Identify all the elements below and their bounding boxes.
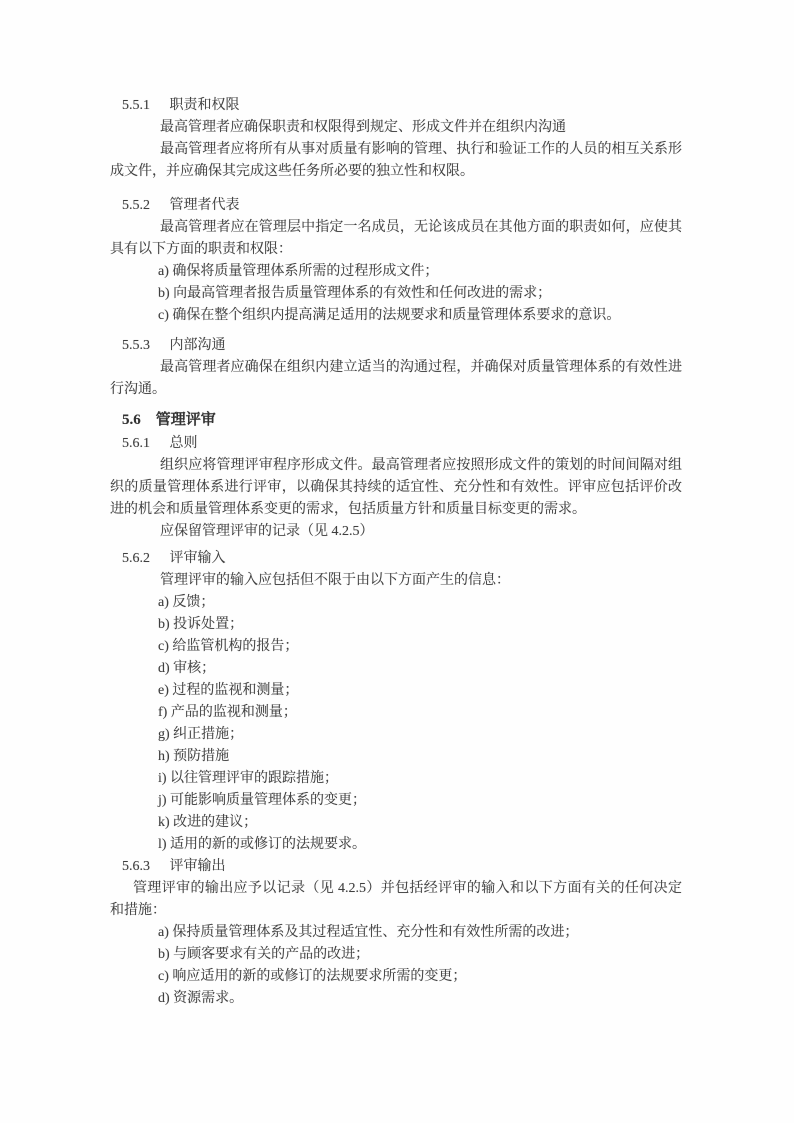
paragraph: 管理评审的输入应包括但不限于由以下方面产生的信息：: [110, 570, 682, 592]
section-title: 评审输入: [170, 551, 226, 566]
list-item: g) 纠正措施；: [158, 724, 682, 746]
list-item: f) 产品的监视和测量；: [158, 702, 682, 724]
list-item: b) 向最高管理者报告质量管理体系的有效性和任何改进的需求；: [158, 283, 682, 305]
section-title: 评审输出: [170, 859, 226, 874]
section-heading: 5.6.2 评审输入: [110, 548, 682, 570]
list-item: d) 审核；: [158, 658, 682, 680]
list-item: a) 确保将质量管理体系所需的过程形成文件；: [158, 261, 682, 283]
list-item: a) 反馈；: [158, 592, 682, 614]
paragraph: 最高管理者应将所有从事对质量有影响的管理、执行和验证工作的人员的相互关系形成文件…: [110, 139, 682, 183]
list-item: c) 确保在整个组织内提高满足适用的法规要求和质量管理体系要求的意识。: [158, 305, 682, 327]
list-item: b) 投诉处置；: [158, 614, 682, 636]
list-item: c) 给监管机构的报告；: [158, 636, 682, 658]
section-5-6: 5.6 管理评审: [110, 409, 682, 431]
paragraph: 应保留管理评审的记录（见 4.2.5）: [110, 521, 682, 543]
paragraph: 最高管理者应在管理层中指定一名成员，无论该成员在其他方面的职责如何，应使其具有以…: [110, 217, 682, 261]
section-title: 职责和权限: [170, 98, 240, 113]
paragraph: 最高管理者应确保在组织内建立适当的沟通过程，并确保对质量管理体系的有效性进行沟通…: [110, 357, 682, 401]
section-number: 5.5.2: [122, 195, 166, 217]
section-5-5-1: 5.5.1 职责和权限 最高管理者应确保职责和权限得到规定、形成文件并在组织内沟…: [110, 95, 682, 183]
section-number: 5.5.1: [122, 95, 166, 117]
document-page: 5.5.1 职责和权限 最高管理者应确保职责和权限得到规定、形成文件并在组织内沟…: [0, 0, 794, 1123]
section-number: 5.6.3: [122, 856, 166, 878]
section-number: 5.6.1: [122, 433, 166, 455]
list-item: a) 保持质量管理体系及其过程适宜性、充分性和有效性所需的改进；: [158, 922, 682, 944]
section-5-6-2: 5.6.2 评审输入 管理评审的输入应包括但不限于由以下方面产生的信息： a) …: [110, 548, 682, 856]
paragraph: 管理评审的输出应予以记录（见 4.2.5）并包括经评审的输入和以下方面有关的任何…: [110, 878, 682, 922]
paragraph: 组织应将管理评审程序形成文件。最高管理者应按照形成文件的策划的时间间隔对组织的质…: [110, 455, 682, 521]
section-heading: 5.6.1 总则: [110, 433, 682, 455]
section-5-5-3: 5.5.3 内部沟通 最高管理者应确保在组织内建立适当的沟通过程，并确保对质量管…: [110, 335, 682, 401]
section-title: 内部沟通: [170, 338, 226, 353]
section-heading-bold: 5.6 管理评审: [110, 409, 682, 431]
section-5-6-1: 5.6.1 总则 组织应将管理评审程序形成文件。最高管理者应按照形成文件的策划的…: [110, 433, 682, 543]
list-item: l) 适用的新的或修订的法规要求。: [158, 834, 682, 856]
document-content: 5.5.1 职责和权限 最高管理者应确保职责和权限得到规定、形成文件并在组织内沟…: [110, 95, 682, 1010]
list-item: j) 可能影响质量管理体系的变更；: [158, 790, 682, 812]
section-5-5-2: 5.5.2 管理者代表 最高管理者应在管理层中指定一名成员，无论该成员在其他方面…: [110, 195, 682, 327]
paragraph: 最高管理者应确保职责和权限得到规定、形成文件并在组织内沟通: [110, 117, 682, 139]
list-item: e) 过程的监视和测量；: [158, 680, 682, 702]
list-item: b) 与顾客要求有关的产品的改进；: [158, 944, 682, 966]
section-heading: 5.5.1 职责和权限: [110, 95, 682, 117]
list-item: c) 响应适用的新的或修订的法规要求所需的变更；: [158, 966, 682, 988]
section-title: 管理者代表: [170, 198, 240, 213]
section-5-6-3: 5.6.3 评审输出 管理评审的输出应予以记录（见 4.2.5）并包括经评审的输…: [110, 856, 682, 1010]
section-title: 管理评审: [156, 412, 216, 428]
section-heading: 5.5.3 内部沟通: [110, 335, 682, 357]
section-title: 总则: [170, 436, 198, 451]
section-number: 5.6.2: [122, 548, 166, 570]
section-heading: 5.5.2 管理者代表: [110, 195, 682, 217]
section-number: 5.6: [122, 409, 152, 431]
list-item: h) 预防措施: [158, 746, 682, 768]
list-item: k) 改进的建议；: [158, 812, 682, 834]
section-heading: 5.6.3 评审输出: [110, 856, 682, 878]
list-item: i) 以往管理评审的跟踪措施；: [158, 768, 682, 790]
list-item: d) 资源需求。: [158, 988, 682, 1010]
section-number: 5.5.3: [122, 335, 166, 357]
